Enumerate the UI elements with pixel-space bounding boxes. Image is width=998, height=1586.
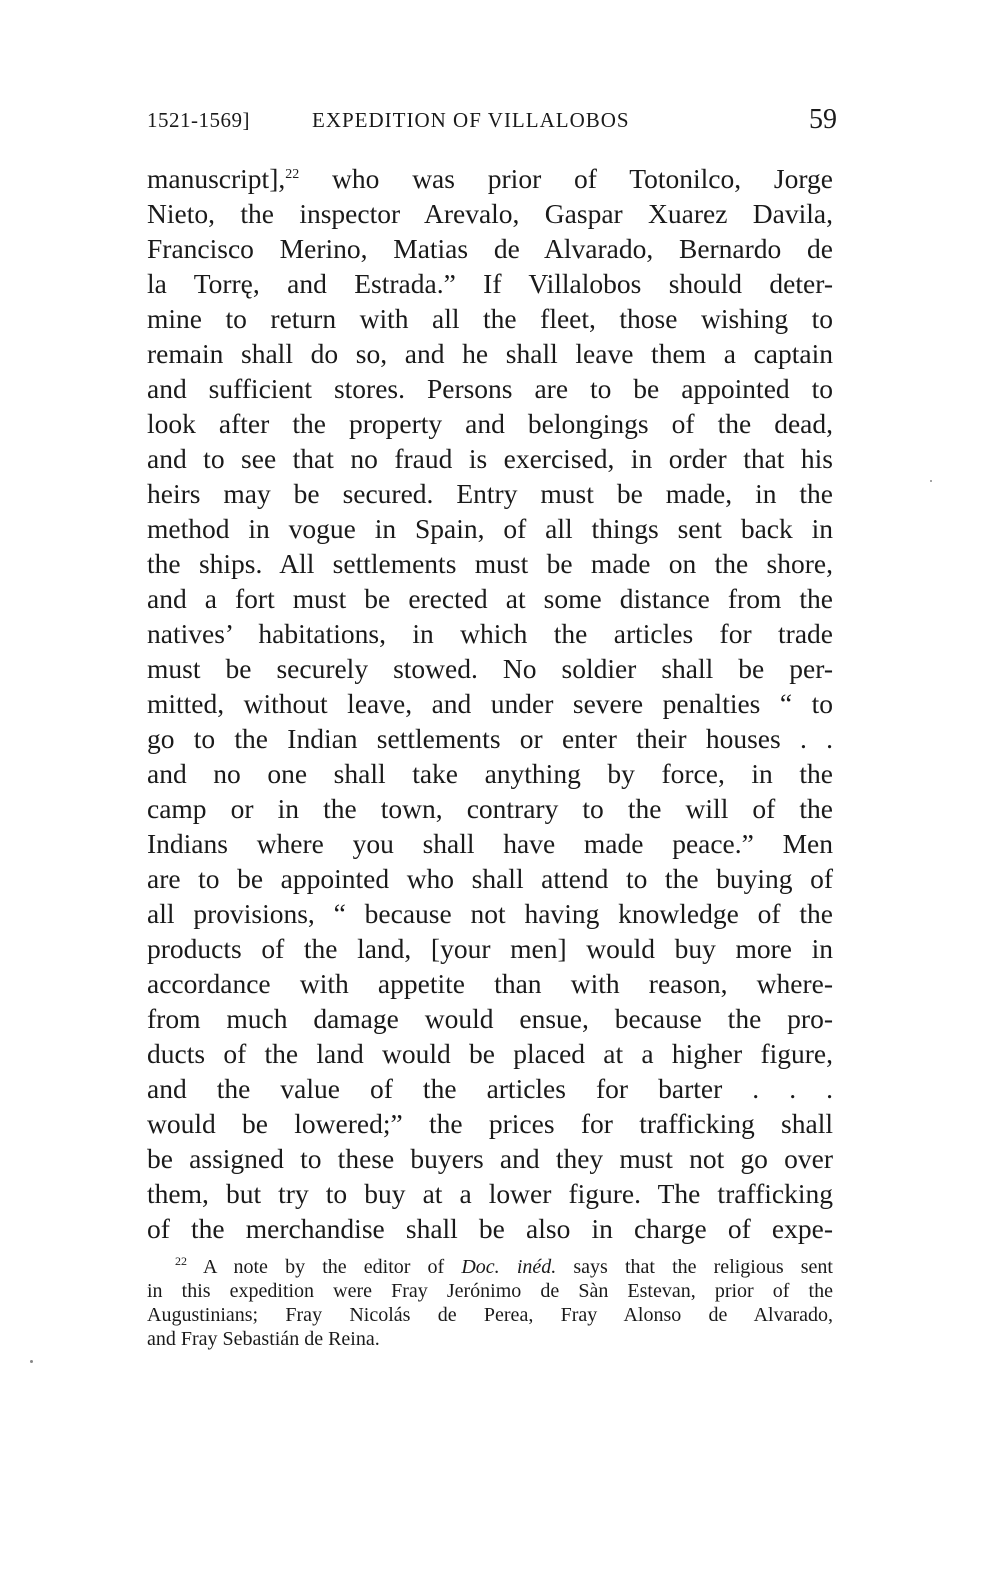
text-line: la Torrę, and Estrada.” If Villalobos sh…	[147, 266, 833, 301]
footnote-marker: 22	[175, 1254, 187, 1268]
text-line: of the merchandise shall be also in char…	[147, 1211, 833, 1246]
footnote-line: and Fray Sebastián de Reina.	[147, 1327, 833, 1351]
text-line: are to be appointed who shall attend to …	[147, 861, 833, 896]
scan-speck	[30, 1360, 33, 1363]
text-line: Indians where you shall have made peace.…	[147, 826, 833, 861]
text-line: mitted, without leave, and under severe …	[147, 686, 833, 721]
text-line: and a fort must be erected at some dista…	[147, 581, 833, 616]
text-line: camp or in the town, contrary to the wil…	[147, 791, 833, 826]
text-line: must be securely stowed. No soldier shal…	[147, 651, 833, 686]
footnote-22: 22 A note by the editor of Doc. inéd. sa…	[147, 1255, 833, 1351]
running-head-title: EXPEDITION OF VILLALOBOS	[312, 108, 630, 133]
book-page: 1521-1569] EXPEDITION OF VILLALOBOS 59 m…	[0, 0, 998, 1586]
text-line: and no one shall take anything by force,…	[147, 756, 833, 791]
text-line: heirs may be secured. Entry must be made…	[147, 476, 833, 511]
text-line: and the value of the articles for barter…	[147, 1071, 833, 1106]
footnote-line: in this expedition were Fray Jerónimo de…	[147, 1279, 833, 1303]
text-line: go to the Indian settlements or enter th…	[147, 721, 833, 756]
text-line: Nieto, the inspector Arevalo, Gaspar Xua…	[147, 196, 833, 231]
text-line: mine to return with all the fleet, those…	[147, 301, 833, 336]
text-line: natives’ habitations, in which the artic…	[147, 616, 833, 651]
text-line: be assigned to these buyers and they mus…	[147, 1141, 833, 1176]
text-line: method in vogue in Spain, of all things …	[147, 511, 833, 546]
text-line: and to see that no fraud is exercised, i…	[147, 441, 833, 476]
text-line: from much damage would ensue, because th…	[147, 1001, 833, 1036]
text-line: would be lowered;” the prices for traffi…	[147, 1106, 833, 1141]
text-line: remain shall do so, and he shall leave t…	[147, 336, 833, 371]
running-head: 1521-1569] EXPEDITION OF VILLALOBOS 59	[147, 106, 837, 140]
text-line: accordance with appetite than with reaso…	[147, 966, 833, 1001]
page-number: 59	[809, 104, 837, 136]
text-line: them, but try to buy at a lower figure. …	[147, 1176, 833, 1211]
footnote-reference: 22	[285, 167, 299, 182]
text-line: Francisco Merino, Matias de Alvarado, Be…	[147, 231, 833, 266]
text-line: look after the property and belongings o…	[147, 406, 833, 441]
footnote-line: 22 A note by the editor of Doc. inéd. sa…	[147, 1255, 833, 1279]
text-line: all provisions, “ because not having kno…	[147, 896, 833, 931]
running-head-date-range: 1521-1569]	[147, 108, 250, 133]
text-line: and sufficient stores. Persons are to be…	[147, 371, 833, 406]
text-line: ducts of the land would be placed at a h…	[147, 1036, 833, 1071]
body-text: manuscript],22 who was prior of Totonilc…	[147, 161, 833, 1246]
text-line: the ships. All settlements must be made …	[147, 546, 833, 581]
italic-citation: Doc. inéd.	[461, 1256, 556, 1278]
text-line: manuscript],22 who was prior of Totonilc…	[147, 161, 833, 196]
text-line: products of the land, [your men] would b…	[147, 931, 833, 966]
footnote-line: Augustinians; Fray Nicolás de Perea, Fra…	[147, 1303, 833, 1327]
scan-speck	[930, 480, 932, 482]
